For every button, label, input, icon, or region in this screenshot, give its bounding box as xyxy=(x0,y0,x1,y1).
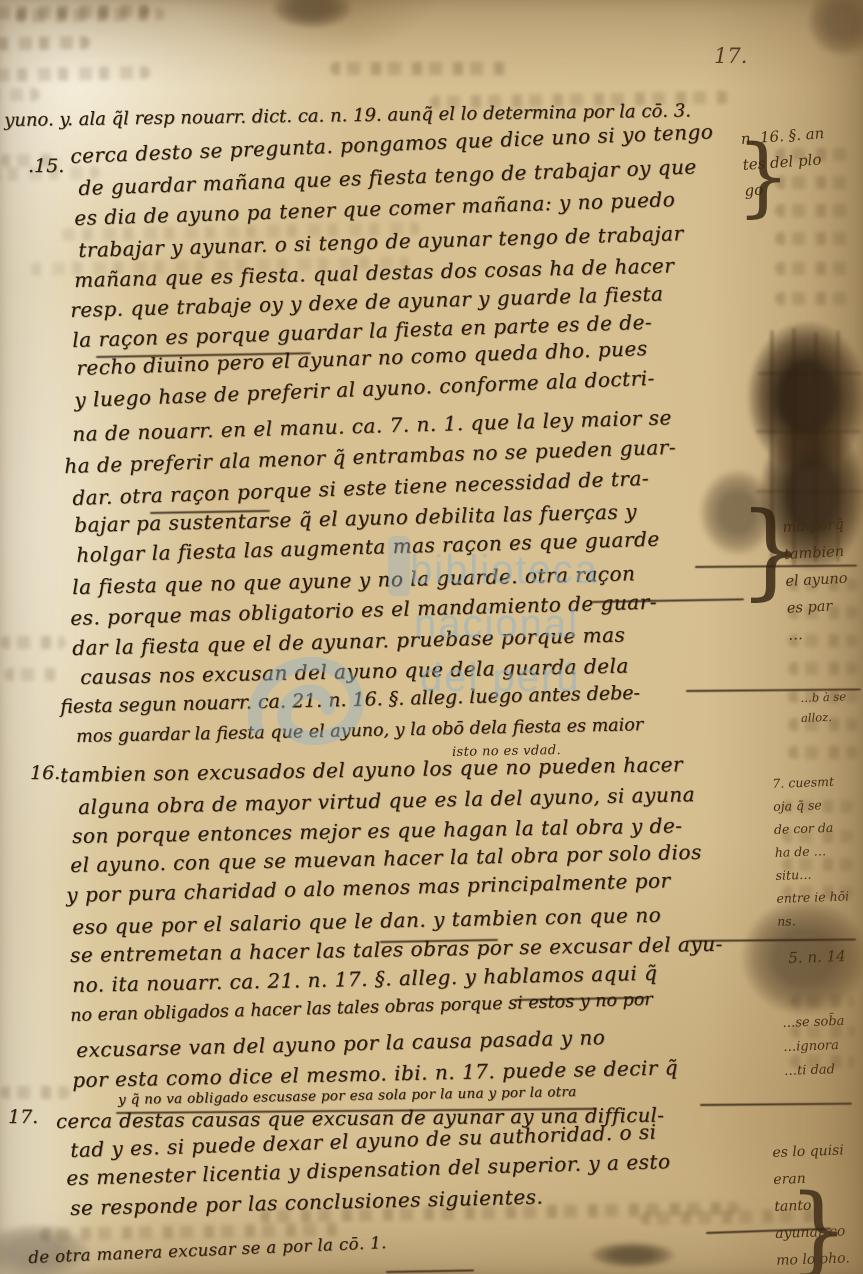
manuscript-text-line: el ayuno. con que se muevan hacer la tal… xyxy=(70,842,702,875)
bleedthrough-marks xyxy=(0,36,90,58)
ink-streak xyxy=(814,332,818,562)
manuscript-text-line: y luego hase de preferir al ayuno. confo… xyxy=(74,368,655,410)
margin-note: 5. n. 14 xyxy=(788,946,846,968)
bleedthrough-marks xyxy=(775,262,855,275)
manuscript-text-line: mañana que es fiesta. qual destas dos co… xyxy=(74,255,674,290)
manuscript-text-line: es menester licentia y dispensation del … xyxy=(66,1151,671,1188)
ink-streak xyxy=(758,372,862,375)
bleedthrough-marks xyxy=(0,154,60,167)
manuscript-text-line: bajar pa sustentarse q̃ el ayuno debilit… xyxy=(74,501,637,535)
bleedthrough-marks xyxy=(0,88,40,112)
bleedthrough-marks xyxy=(775,232,855,245)
ink-blotch xyxy=(272,0,352,28)
bleedthrough-marks xyxy=(15,7,165,23)
watermark-text-line: biblioteca xyxy=(410,548,599,593)
ink-underline xyxy=(380,939,498,943)
manuscript-text-line: dar. otra raçon porque si este tiene nec… xyxy=(72,468,649,508)
bleedthrough-marks xyxy=(788,746,858,759)
bleedthrough-marks xyxy=(775,148,855,161)
manuscript-text-line: causas nos excusan del ayuno que dela gu… xyxy=(80,656,629,687)
manuscript-text-line: na de nouarr. en el manu. ca. 7. n. 1. q… xyxy=(72,407,672,444)
interlinear-note: isto no es vdad. xyxy=(452,743,561,760)
manuscript-text-line: alguna obra de mayor virtud que es la de… xyxy=(78,784,695,817)
margin-brace-icon: } xyxy=(736,134,791,220)
manuscript-text-line: cerca desto se pregunta. pongamos que di… xyxy=(70,121,714,166)
manuscript-text-line: son porque entonces mejor es que hagan l… xyxy=(72,815,683,846)
manuscript-text-line: trabajar y ayunar. o si tengo de ayunar … xyxy=(78,223,684,260)
bleedthrough-marks xyxy=(4,668,62,681)
bleedthrough-marks xyxy=(640,1209,820,1225)
ink-blotch xyxy=(748,322,863,472)
bleedthrough-marks xyxy=(60,222,420,241)
bleedthrough-marks xyxy=(788,634,858,647)
ink-blotch xyxy=(590,1242,675,1268)
manuscript-text-line: la fiesta que no que ayune y no la guard… xyxy=(72,563,636,597)
ink-underline xyxy=(592,598,744,603)
manuscript-text-line: eso que por el salario que le dan. y tam… xyxy=(72,905,661,937)
manuscript-text-line: tad y es. si puede dexar el ayuno de su … xyxy=(70,1122,657,1160)
manuscript-text-line: dar la fiesta que el de ayunar. pruebase… xyxy=(72,624,626,658)
bleedthrough-marks xyxy=(788,578,858,591)
bleedthrough-marks xyxy=(0,66,150,88)
bleedthrough-marks xyxy=(430,91,730,109)
margin-note: 7. cuesmtoja q̃ sede cor daha de …situ…e… xyxy=(772,769,850,932)
ink-blotch-layer xyxy=(0,0,863,1274)
bleedthrough-marks xyxy=(788,718,858,731)
bleedthrough-marks xyxy=(0,4,150,27)
bleedthrough-marks xyxy=(30,256,410,276)
ink-text-layer: 17. .15. 16. 17. isto no es vdad. } } } … xyxy=(0,0,863,1274)
ink-underline xyxy=(150,510,270,514)
bleedthrough-marks xyxy=(782,800,854,813)
bleedthrough-marks xyxy=(782,886,854,899)
manuscript-text-line: mos guardar la fiesta que el ayuno, y la… xyxy=(76,717,643,746)
margin-brace-icon: } xyxy=(788,1182,849,1274)
watermark-glyph-fragment xyxy=(388,536,410,596)
ink-underline xyxy=(386,1269,474,1273)
bleedthrough-marks xyxy=(0,166,100,184)
manuscript-text-line: la raçon es porque guardar la fiesta en … xyxy=(72,312,652,350)
manuscript-text-line: por esta como dice el mesmo. ibi. n. 17.… xyxy=(72,1057,678,1090)
ink-underline xyxy=(96,352,311,358)
ink-underline xyxy=(116,1108,596,1115)
bleedthrough-marks xyxy=(775,204,855,217)
ink-underline xyxy=(686,688,861,692)
manuscript-text-line: se entremetan a hacer las tales obras po… xyxy=(70,934,723,965)
manuscript-text-line: ha de preferir ala menor q̃ entrambas no… xyxy=(64,437,676,476)
manuscript-text-line: cerca destas causas que excusan de ayuna… xyxy=(56,1106,664,1132)
margin-note: n. 16. §. antes del plogo xyxy=(740,120,829,204)
margin-number-16: 16. xyxy=(30,762,60,784)
bleedthrough-layer xyxy=(0,0,863,1274)
bleedthrough-marks xyxy=(790,1055,855,1068)
ink-streak xyxy=(792,328,796,566)
manuscript-text-line: resp. que trabaje oy y dexe de ayunar y … xyxy=(70,283,664,320)
ink-streak xyxy=(756,490,863,493)
bleedthrough-marks xyxy=(260,1202,740,1223)
ink-underline xyxy=(688,939,856,943)
manuscript-text-line: y por pura charidad o alo menos mas prin… xyxy=(66,870,671,905)
bleedthrough-marks xyxy=(775,176,855,189)
ink-blotch xyxy=(808,0,863,56)
ink-underline xyxy=(695,565,857,569)
bleedthrough-marks xyxy=(788,690,858,703)
manuscript-text-line: excusarse van del ayuno por la causa pas… xyxy=(76,1027,606,1060)
bleedthrough-marks xyxy=(782,858,854,871)
ink-streak xyxy=(756,430,862,433)
ink-streak xyxy=(770,330,774,565)
ink-underline xyxy=(706,1228,831,1235)
manuscript-page: 17. .15. 16. 17. isto no es vdad. } } } … xyxy=(0,0,863,1274)
manuscript-text-line: y q̃ no va obligado escusase por esa sol… xyxy=(118,1086,577,1107)
manuscript-text-line: holgar la fiesta las augmenta mas raçon … xyxy=(76,529,660,565)
bleedthrough-marks xyxy=(782,830,854,843)
folio-number: 17. xyxy=(714,44,747,68)
watermark-text-line: nacional xyxy=(414,602,579,647)
margin-note: es lo quisierantantoayunar como lo oho. xyxy=(772,1137,850,1274)
ink-blotch xyxy=(760,420,863,570)
bleedthrough-marks xyxy=(0,636,66,649)
manuscript-text-line: recho diuino pero el ayunar no como qued… xyxy=(76,338,648,378)
bleedthrough-marks xyxy=(775,292,855,305)
manuscript-text-line: se responde por las conclusiones siguien… xyxy=(70,1186,543,1218)
manuscript-text-line: no. ita nouarr. ca. 21. n. 17. §. alleg.… xyxy=(72,963,658,995)
manuscript-text-line: tambien son excusados del ayuno los que … xyxy=(60,754,683,785)
manuscript-text-line: es. porque mas obligatorio es el mandami… xyxy=(70,592,657,628)
watermark-biblioteca-nacional-del-peru: biblioteca nacional del perú xyxy=(0,0,863,1274)
margin-note: …b à sealloz. xyxy=(800,686,847,728)
ink-blotch xyxy=(742,900,863,1015)
bleedthrough-marks xyxy=(40,1223,340,1241)
ink-streak xyxy=(836,330,840,562)
manuscript-text-line: es dia de ayuno pa tener que comer mañan… xyxy=(74,189,675,228)
margin-number-17: 17. xyxy=(8,1106,38,1128)
manuscript-text-line: de guardar mañana que es fiesta tengo de… xyxy=(78,156,697,198)
page-edge-vignette xyxy=(0,0,863,1274)
watermark-text-line: del perú xyxy=(420,656,581,701)
bleedthrough-marks xyxy=(0,1086,70,1099)
manuscript-text-line: fiesta segun nouarr. ca. 21. n. 16. §. a… xyxy=(60,684,640,717)
bleedthrough-marks xyxy=(788,662,858,675)
manuscript-text-line: no eran obligados a hacer las tales obra… xyxy=(70,992,653,1026)
margin-number-15: .15. xyxy=(28,155,64,177)
bleedthrough-marks xyxy=(330,62,510,75)
manuscript-text-line: yuno. y. ala q̃l resp nouarr. dict. ca. … xyxy=(4,102,691,130)
margin-brace-icon: } xyxy=(738,498,804,602)
ink-blotch xyxy=(700,470,775,555)
margin-note: …se sob̄a…ignora…ti dad xyxy=(782,1010,847,1084)
ink-underline xyxy=(515,997,647,1002)
ink-underline xyxy=(700,1103,852,1107)
watermark-logo xyxy=(236,638,386,758)
bleedthrough-marks xyxy=(790,1025,855,1038)
margin-note: ma porq̃tambienel ayunoes par… xyxy=(782,512,851,650)
manuscript-text-line: de otra manera excusar se a por la cō. 1… xyxy=(28,1235,387,1267)
bleedthrough-marks xyxy=(788,606,858,619)
bleedthrough-marks xyxy=(790,995,855,1008)
ink-blotch xyxy=(0,1224,90,1274)
